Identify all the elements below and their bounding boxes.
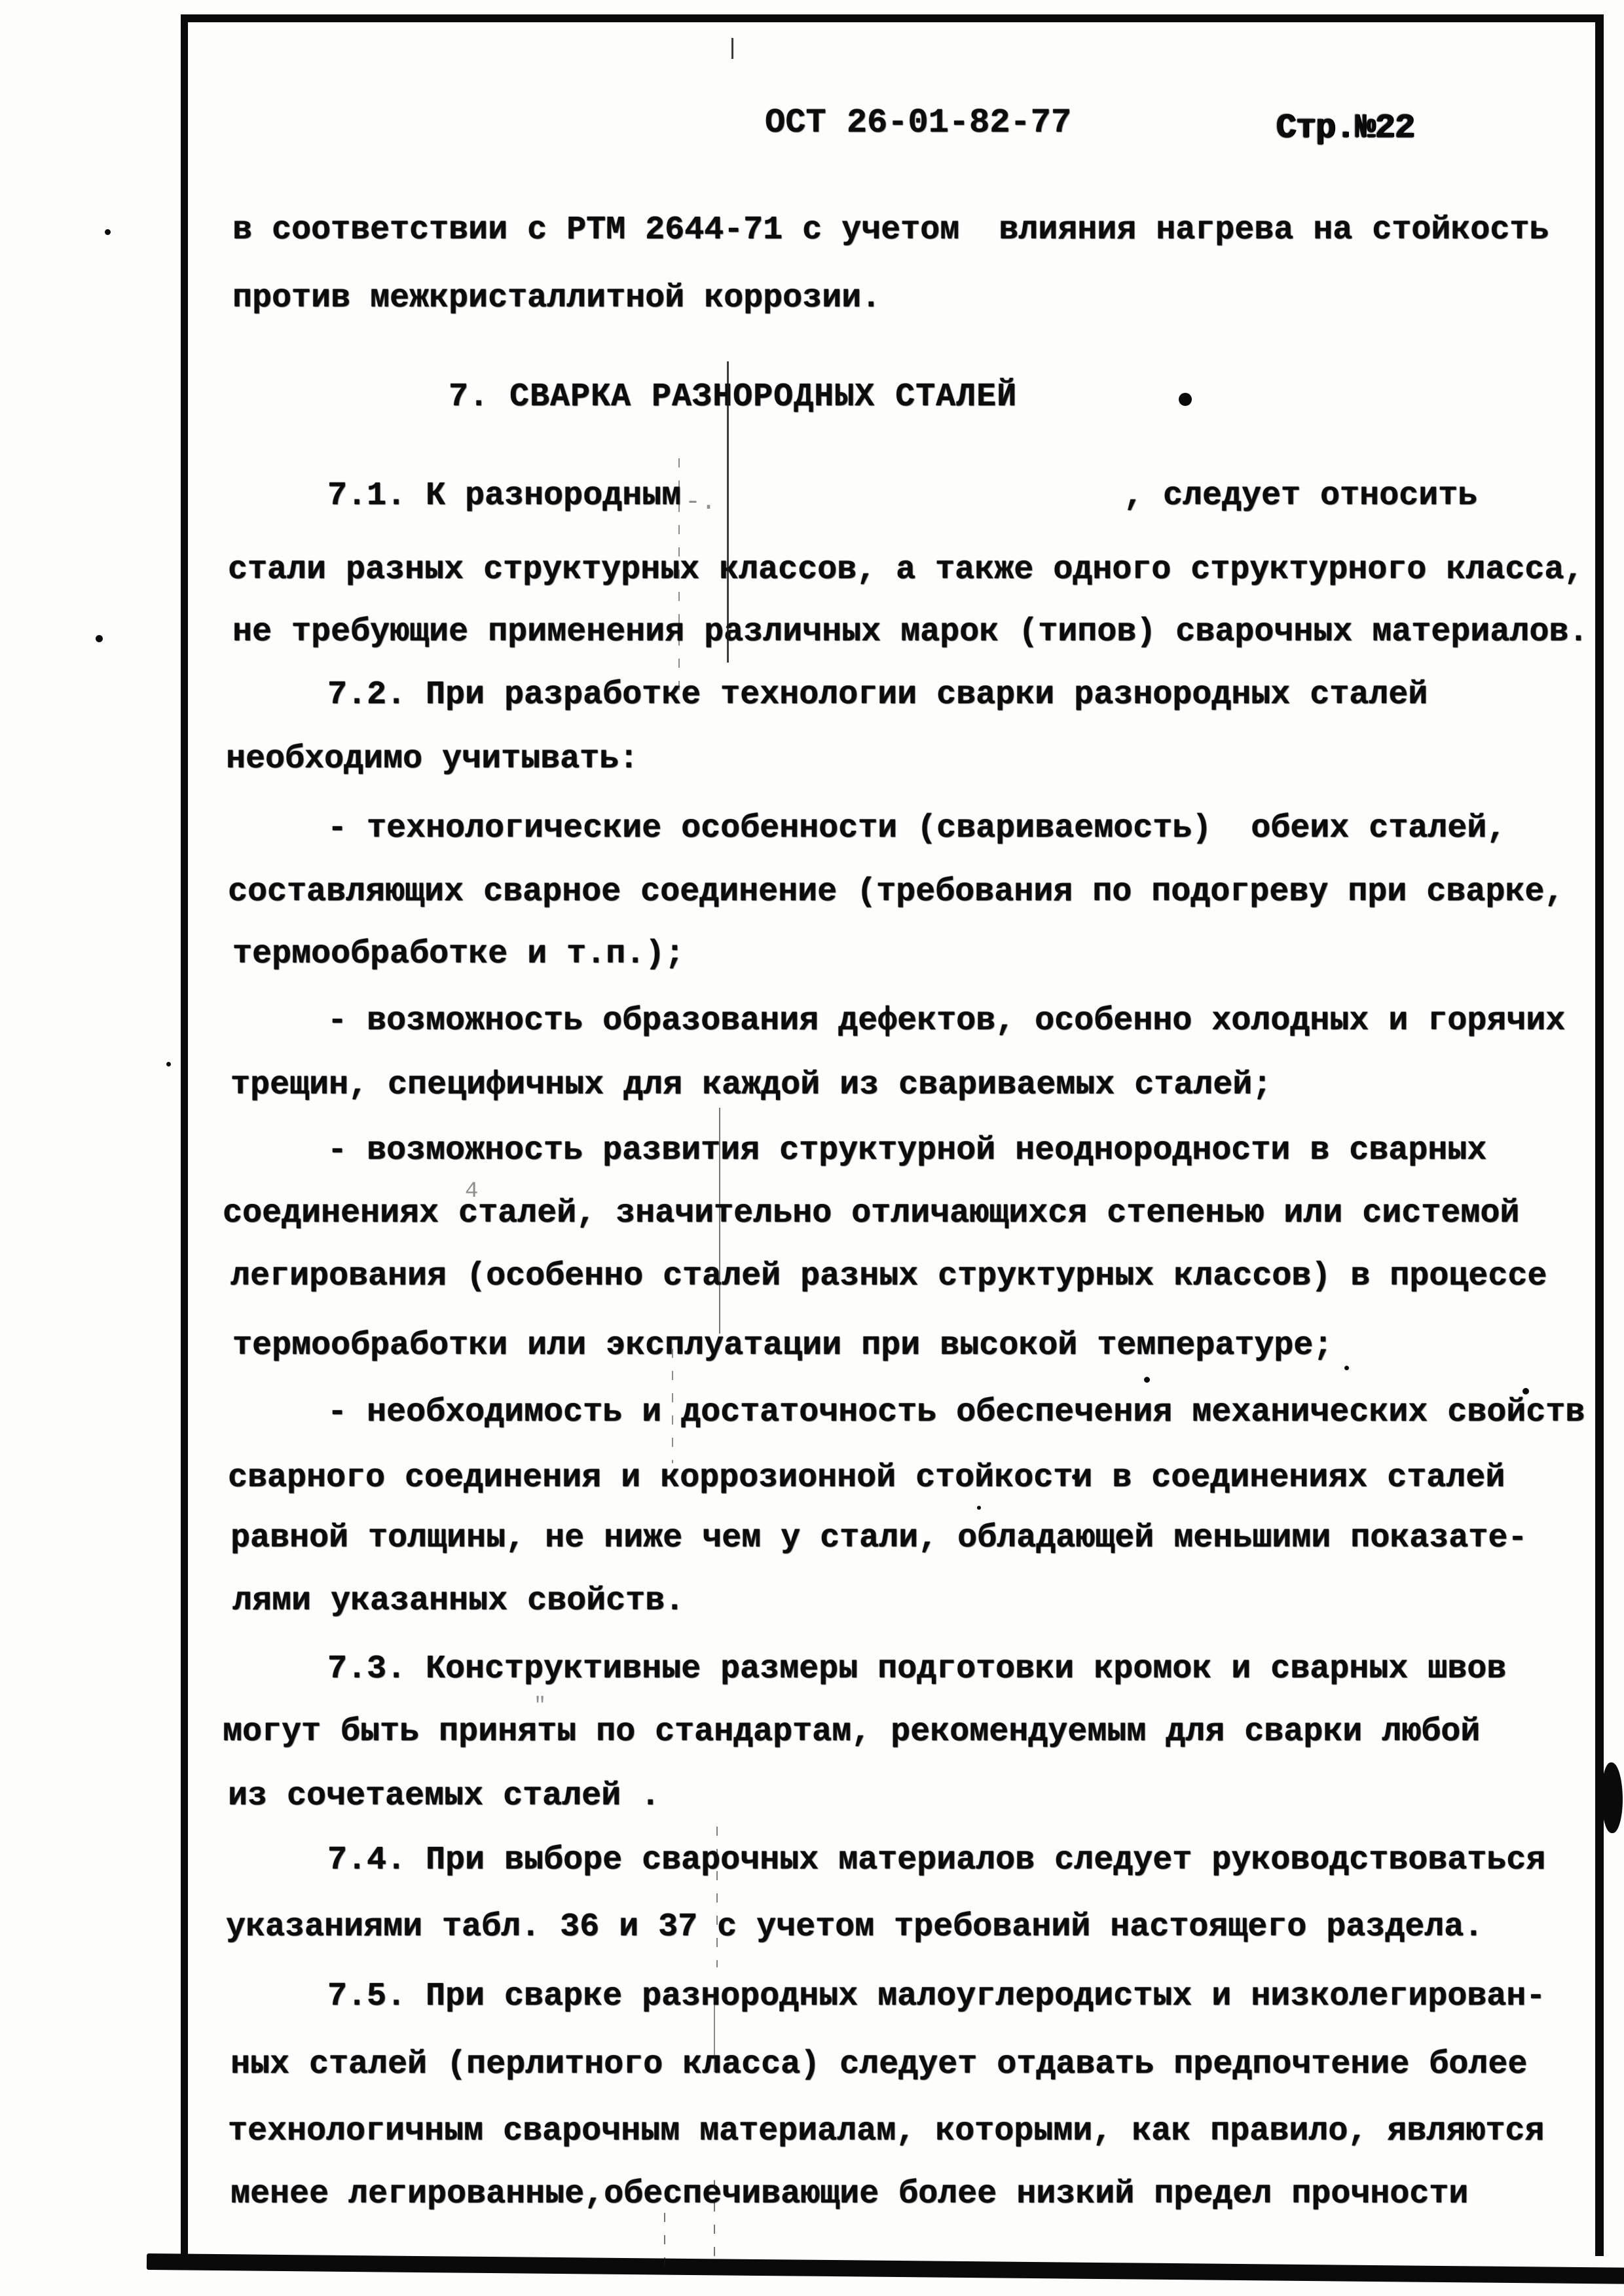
ink-speck: [1344, 1366, 1349, 1370]
text-line: - необходимость и достаточность обеспече…: [327, 1393, 1585, 1432]
text-line: 7.1. К разнородным: [327, 477, 681, 516]
ink-speck: [1072, 1474, 1077, 1480]
text-line: ных сталей (перлитного класса) следует о…: [231, 2045, 1527, 2085]
ink-speck: [96, 635, 103, 642]
section-heading: 7. СВАРКА РАЗНОРОДНЫХ СТАЛЕЙ: [449, 378, 1017, 417]
text-line: 7.5. При сварке разнородных малоуглероди…: [327, 1977, 1545, 2016]
text-line: указаниями табл. 36 и 37 с учетом требов…: [226, 1908, 1483, 1947]
text-line: сварного соединения и коррозионной стойк…: [228, 1459, 1505, 1498]
text-line: не требующие применения различных марок …: [232, 613, 1588, 652]
ink-speck: [105, 229, 111, 235]
text-line: - возможность развития структурной неодн…: [327, 1131, 1486, 1171]
text-line: составляющих сварное соединение (требова…: [228, 873, 1564, 912]
text-line: технологичным сварочным материалам, кото…: [228, 2112, 1544, 2151]
ink-speck: [1179, 393, 1192, 406]
header-page-number: Стр.№22: [1276, 109, 1414, 148]
text-line: 7.3. Конструктивные размеры подготовки к…: [327, 1650, 1506, 1689]
fold-crease-line: [716, 1827, 718, 1967]
fold-crease-line: [731, 38, 733, 59]
fold-crease-line: [714, 1987, 715, 2072]
fold-crease-line: [719, 1108, 720, 1334]
text-line: - технологические особенности (свариваем…: [327, 809, 1506, 848]
fold-crease-line: [727, 361, 729, 663]
text-line: термообработке и т.п.);: [232, 935, 684, 974]
text-line: могут быть приняты по стандартам, рекоме…: [223, 1713, 1480, 1752]
fold-crease-line: [664, 2213, 665, 2265]
text-line: из сочетаемых сталей .: [228, 1777, 660, 1816]
ink-speck: [977, 1506, 981, 1510]
text-line: легирования (особенно сталей разных стру…: [231, 1257, 1547, 1296]
text-line: равной толщины, не ниже чем у стали, обл…: [231, 1519, 1527, 1558]
text-line: - возможность образования дефектов, особ…: [327, 1002, 1565, 1041]
text-line: необходимо учитывать:: [226, 740, 638, 779]
text-line: трещин, специфичных для каждой из сварив…: [231, 1066, 1272, 1105]
fold-crease-line: [678, 458, 680, 694]
text-line: против межкристаллитной коррозии.: [232, 279, 881, 318]
fold-crease-line: [672, 1349, 673, 1463]
header-standard-number: ОСТ 26-01-82-77: [765, 103, 1071, 143]
text-line: термообработки или эксплуатации при высо…: [232, 1326, 1333, 1366]
text-line: , следует относить: [1124, 477, 1477, 516]
text-line: менее легированные,обеспечивающие более …: [231, 2175, 1468, 2214]
text-line: лями указанных свойств.: [232, 1582, 684, 1621]
fold-crease-line: [714, 2180, 715, 2269]
text-line: в соответствии с РТМ 2644-71 с учетом вл…: [232, 211, 1549, 250]
page-border-bottom: [147, 2253, 1624, 2284]
text-line: соединениях сталей, значительно отличающ…: [223, 1194, 1519, 1233]
ink-speck: [166, 1062, 171, 1066]
ink-blob: [1602, 1762, 1623, 1833]
erased-text-trace: -.: [685, 483, 716, 522]
ink-speck: [1522, 1388, 1529, 1394]
text-line: 7.4. При выборе сварочных материалов сле…: [327, 1841, 1545, 1880]
text-line: 7.2. При разработке технологии сварки ра…: [327, 676, 1428, 715]
text-line: стали разных структурных классов, а такж…: [228, 551, 1583, 590]
ink-speck: [1144, 1377, 1150, 1383]
scanned-page: ОСТ 26-01-82-77 Стр.№22 в соответствии с…: [0, 0, 1624, 2296]
